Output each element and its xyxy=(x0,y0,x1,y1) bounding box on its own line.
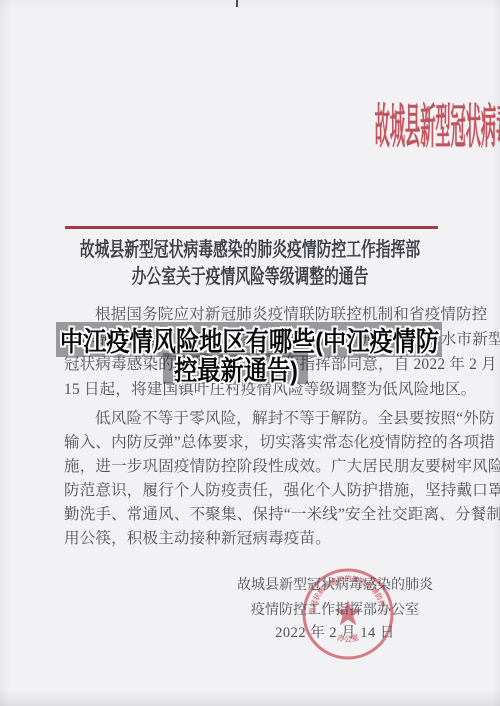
letterhead-banner: 故城县新型冠状病毒感染的肺炎疫情防控工作指挥部办公室 xyxy=(0,104,500,152)
scan-artifact-mark xyxy=(236,0,238,7)
notice-title-line2: 办公室关于疫情风险等级调整的通告 xyxy=(0,266,500,288)
signature-date: 2022 年 2 月 14 日 xyxy=(170,621,500,642)
notice-title-line1: 故城县新型冠状病毒感染的肺炎疫情防控工作指挥部 xyxy=(0,239,500,261)
signature-org-line1: 故城县新型冠状病毒感染的肺炎 xyxy=(170,574,500,594)
body-text-line: 用公筷，积极主动接种新冠病毒疫苗。 xyxy=(64,526,444,548)
body-text-line: 勤洗手、常通风、不聚集、保持“一米线”安全社交距离、分餐制、 xyxy=(64,502,444,524)
body-text-line: 输入、内防反弹”总体要求，切实落实常态化疫情防控的各项措 xyxy=(64,430,444,452)
red-divider-line xyxy=(65,226,438,229)
body-text-line: 低风险不等于零风险，解封不等于解防。全县要按照“外防 xyxy=(64,406,475,428)
body-text-line: 防范意识，履行个人防疫责任，强化个人防护措施，坚持戴口罩、 xyxy=(64,478,444,500)
signature-org-line2: 疫情防控工作指挥部办公室 xyxy=(170,599,500,619)
body-text-line: 施，进一步巩固疫情防控阶段性成效。广大居民朋友要树牢风险 xyxy=(64,454,444,476)
letterhead-banner-text: 故城县新型冠状病毒感染的肺炎疫情防控工作指挥部办公室 xyxy=(375,102,500,154)
caption-overlay-line2: 控最新通告) xyxy=(163,353,308,384)
document-photo: 故城县新型冠状病毒感染的肺炎疫情防控工作指挥部办公室 故城县新型冠状病毒感染的肺… xyxy=(0,0,500,706)
